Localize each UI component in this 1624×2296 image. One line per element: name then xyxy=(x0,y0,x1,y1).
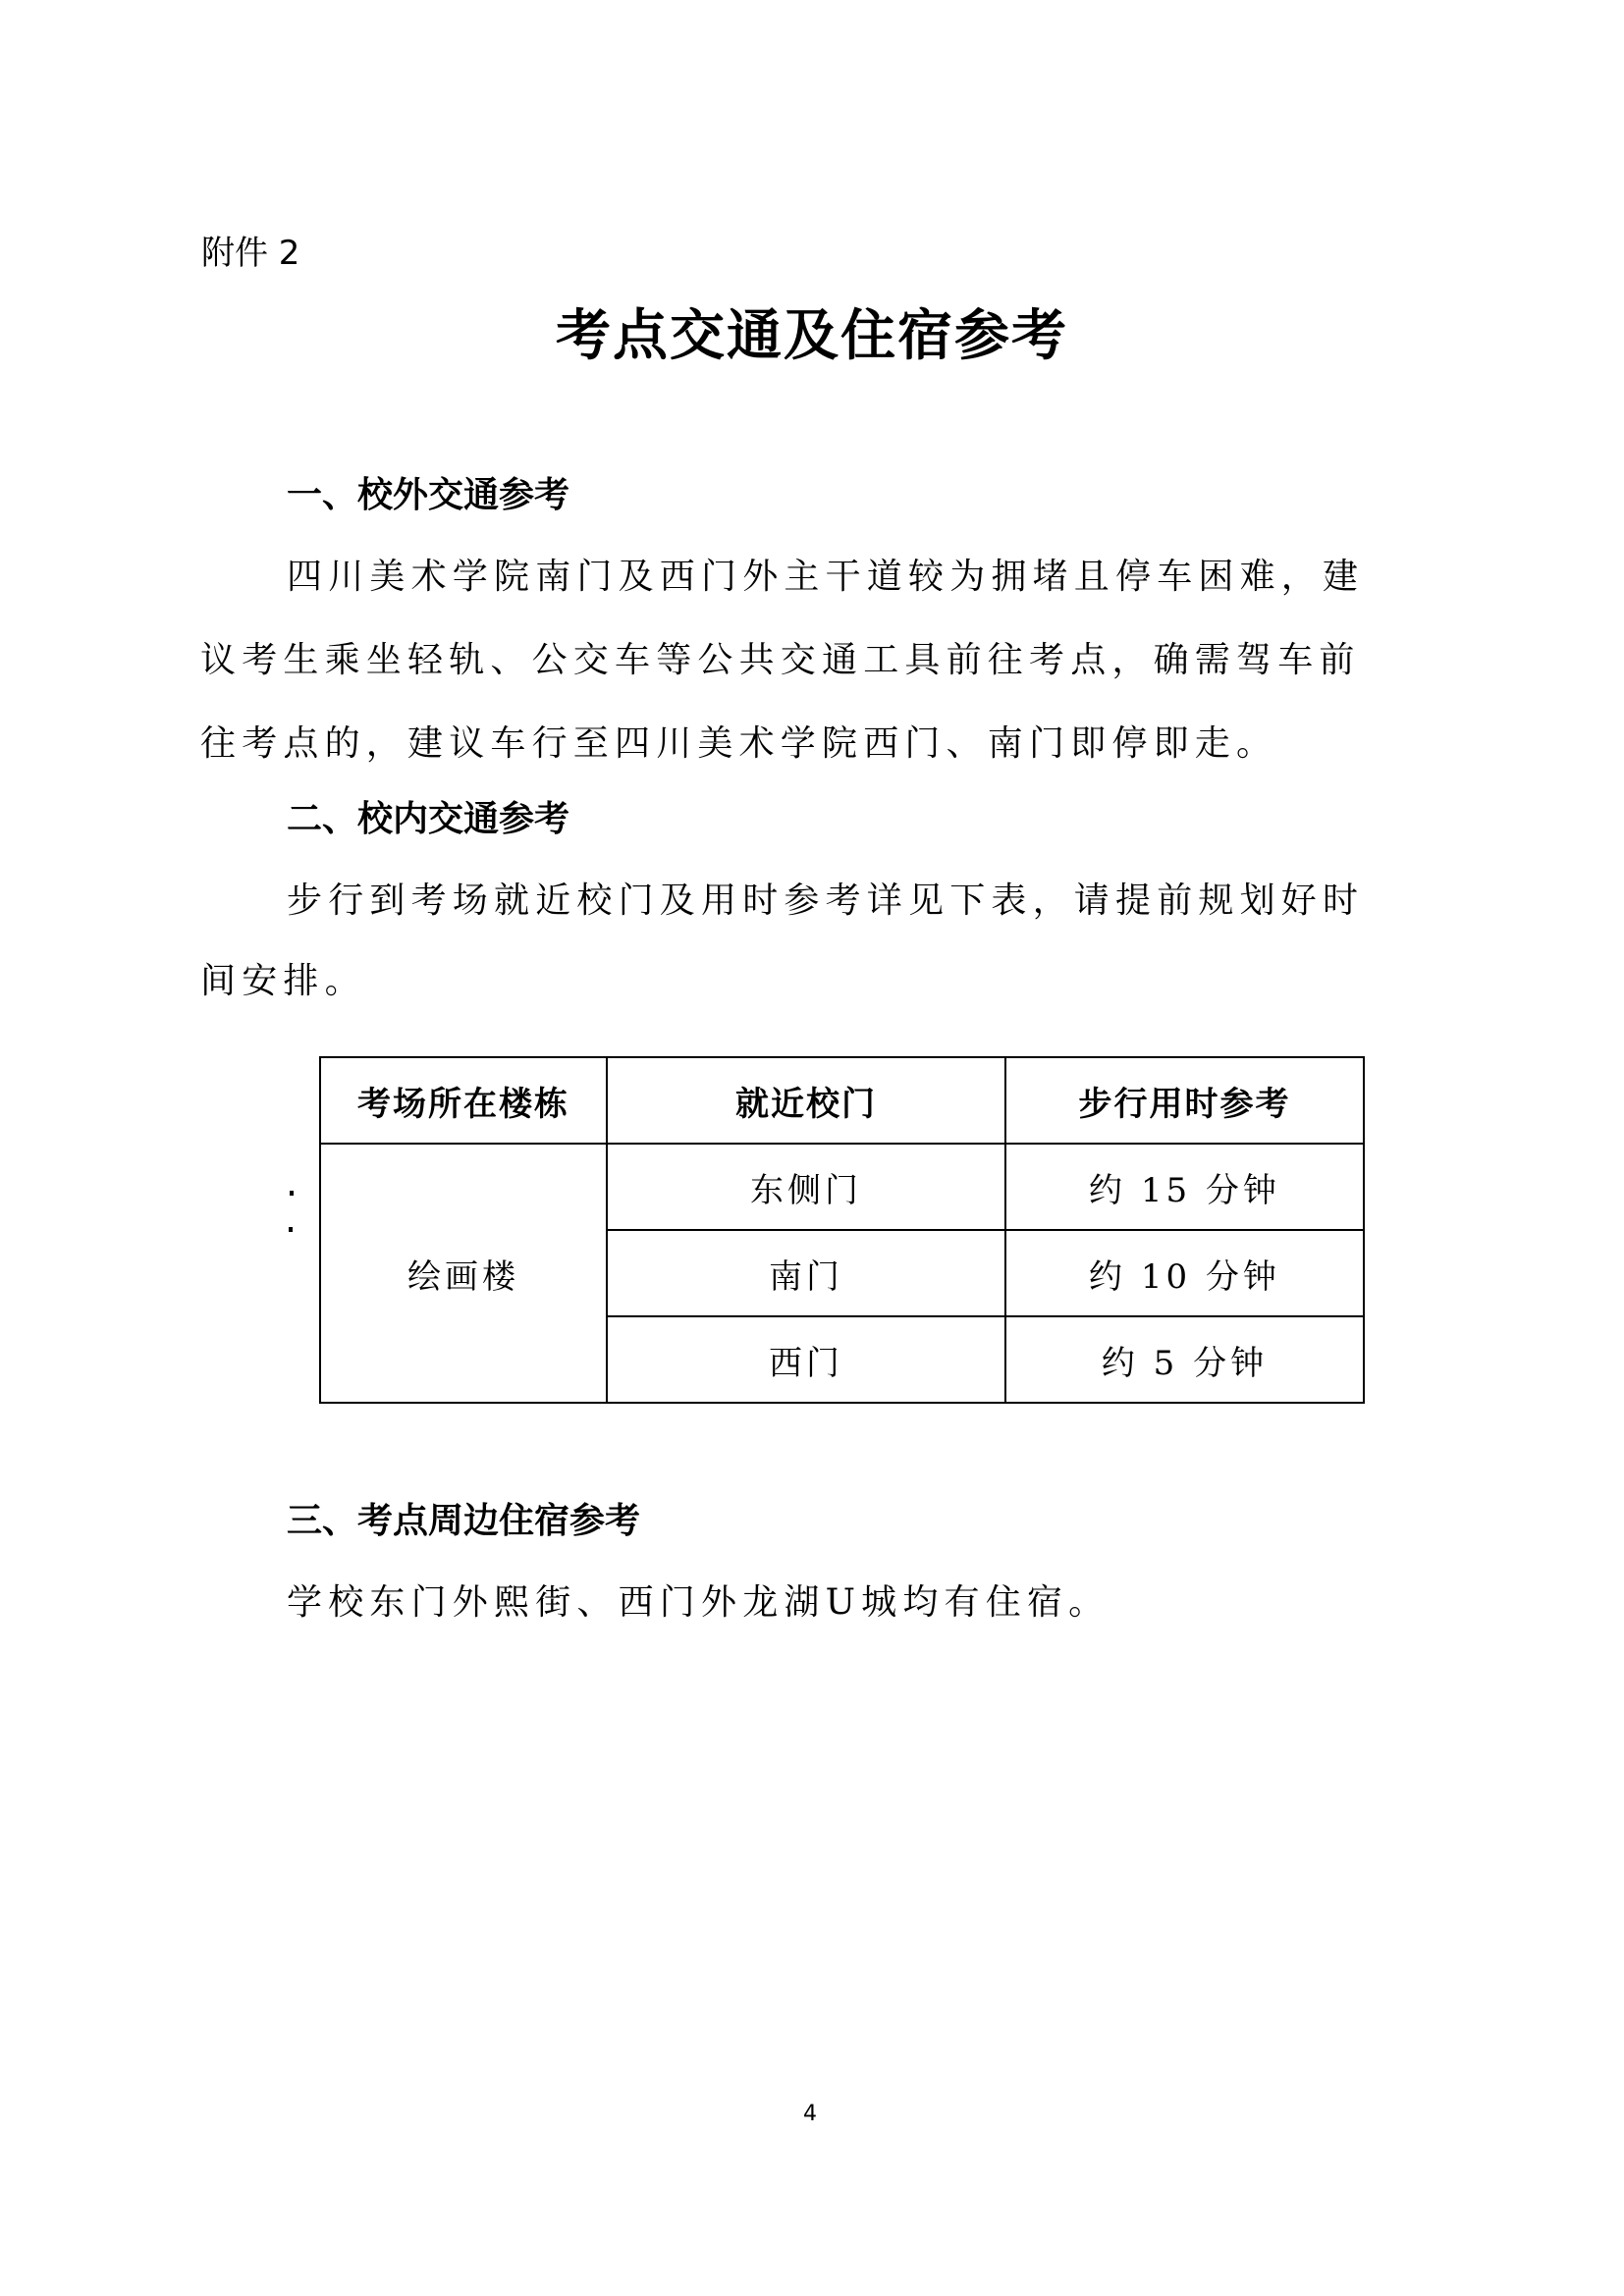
walking-time-table: 考场所在楼栋 就近校门 步行用时参考 绘画楼 东侧门 约 15 分钟 南门 约 … xyxy=(319,1056,1365,1404)
paragraph-line: 步行到考场就近校门及用时参考详见下表，请提前规划好时 xyxy=(287,879,1364,924)
gate-cell: 东侧门 xyxy=(607,1144,1005,1230)
gate-cell: 南门 xyxy=(607,1230,1005,1316)
section-heading-on-campus: 二、校内交通参考 xyxy=(287,797,569,842)
paragraph-line: 往考点的，建议车行至四川美术学院西门、南门即停即走。 xyxy=(200,721,1277,767)
paragraph-line: 议考生乘坐轻轨、公交车等公共交通工具前往考点，确需驾车前 xyxy=(200,638,1361,683)
building-cell: 绘画楼 xyxy=(320,1144,607,1403)
column-header-time: 步行用时参考 xyxy=(1005,1057,1364,1144)
paragraph-line: 间安排。 xyxy=(200,959,366,1004)
paragraph-line: 学校东门外熙街、西门外龙湖U城均有住宿。 xyxy=(287,1580,1110,1626)
attachment-label: 附件 2 xyxy=(201,232,299,275)
stray-mark xyxy=(289,1227,293,1232)
time-cell: 约 10 分钟 xyxy=(1005,1230,1364,1316)
column-header-building: 考场所在楼栋 xyxy=(320,1057,607,1144)
time-cell: 约 5 分钟 xyxy=(1005,1316,1364,1403)
column-header-gate: 就近校门 xyxy=(607,1057,1005,1144)
section-heading-off-campus: 一、校外交通参考 xyxy=(287,473,569,518)
stray-mark xyxy=(290,1191,294,1196)
paragraph-line: 四川美术学院南门及西门外主干道较为拥堵且停车困难，建 xyxy=(287,555,1364,600)
time-cell: 约 15 分钟 xyxy=(1005,1144,1364,1230)
page-number: 4 xyxy=(803,2101,817,2128)
document-title: 考点交通及住宿参考 xyxy=(0,300,1624,371)
section-heading-accommodation: 三、考点周边住宿参考 xyxy=(287,1499,640,1544)
table-header-row: 考场所在楼栋 就近校门 步行用时参考 xyxy=(320,1057,1364,1144)
gate-cell: 西门 xyxy=(607,1316,1005,1403)
table-row: 绘画楼 东侧门 约 15 分钟 xyxy=(320,1144,1364,1230)
